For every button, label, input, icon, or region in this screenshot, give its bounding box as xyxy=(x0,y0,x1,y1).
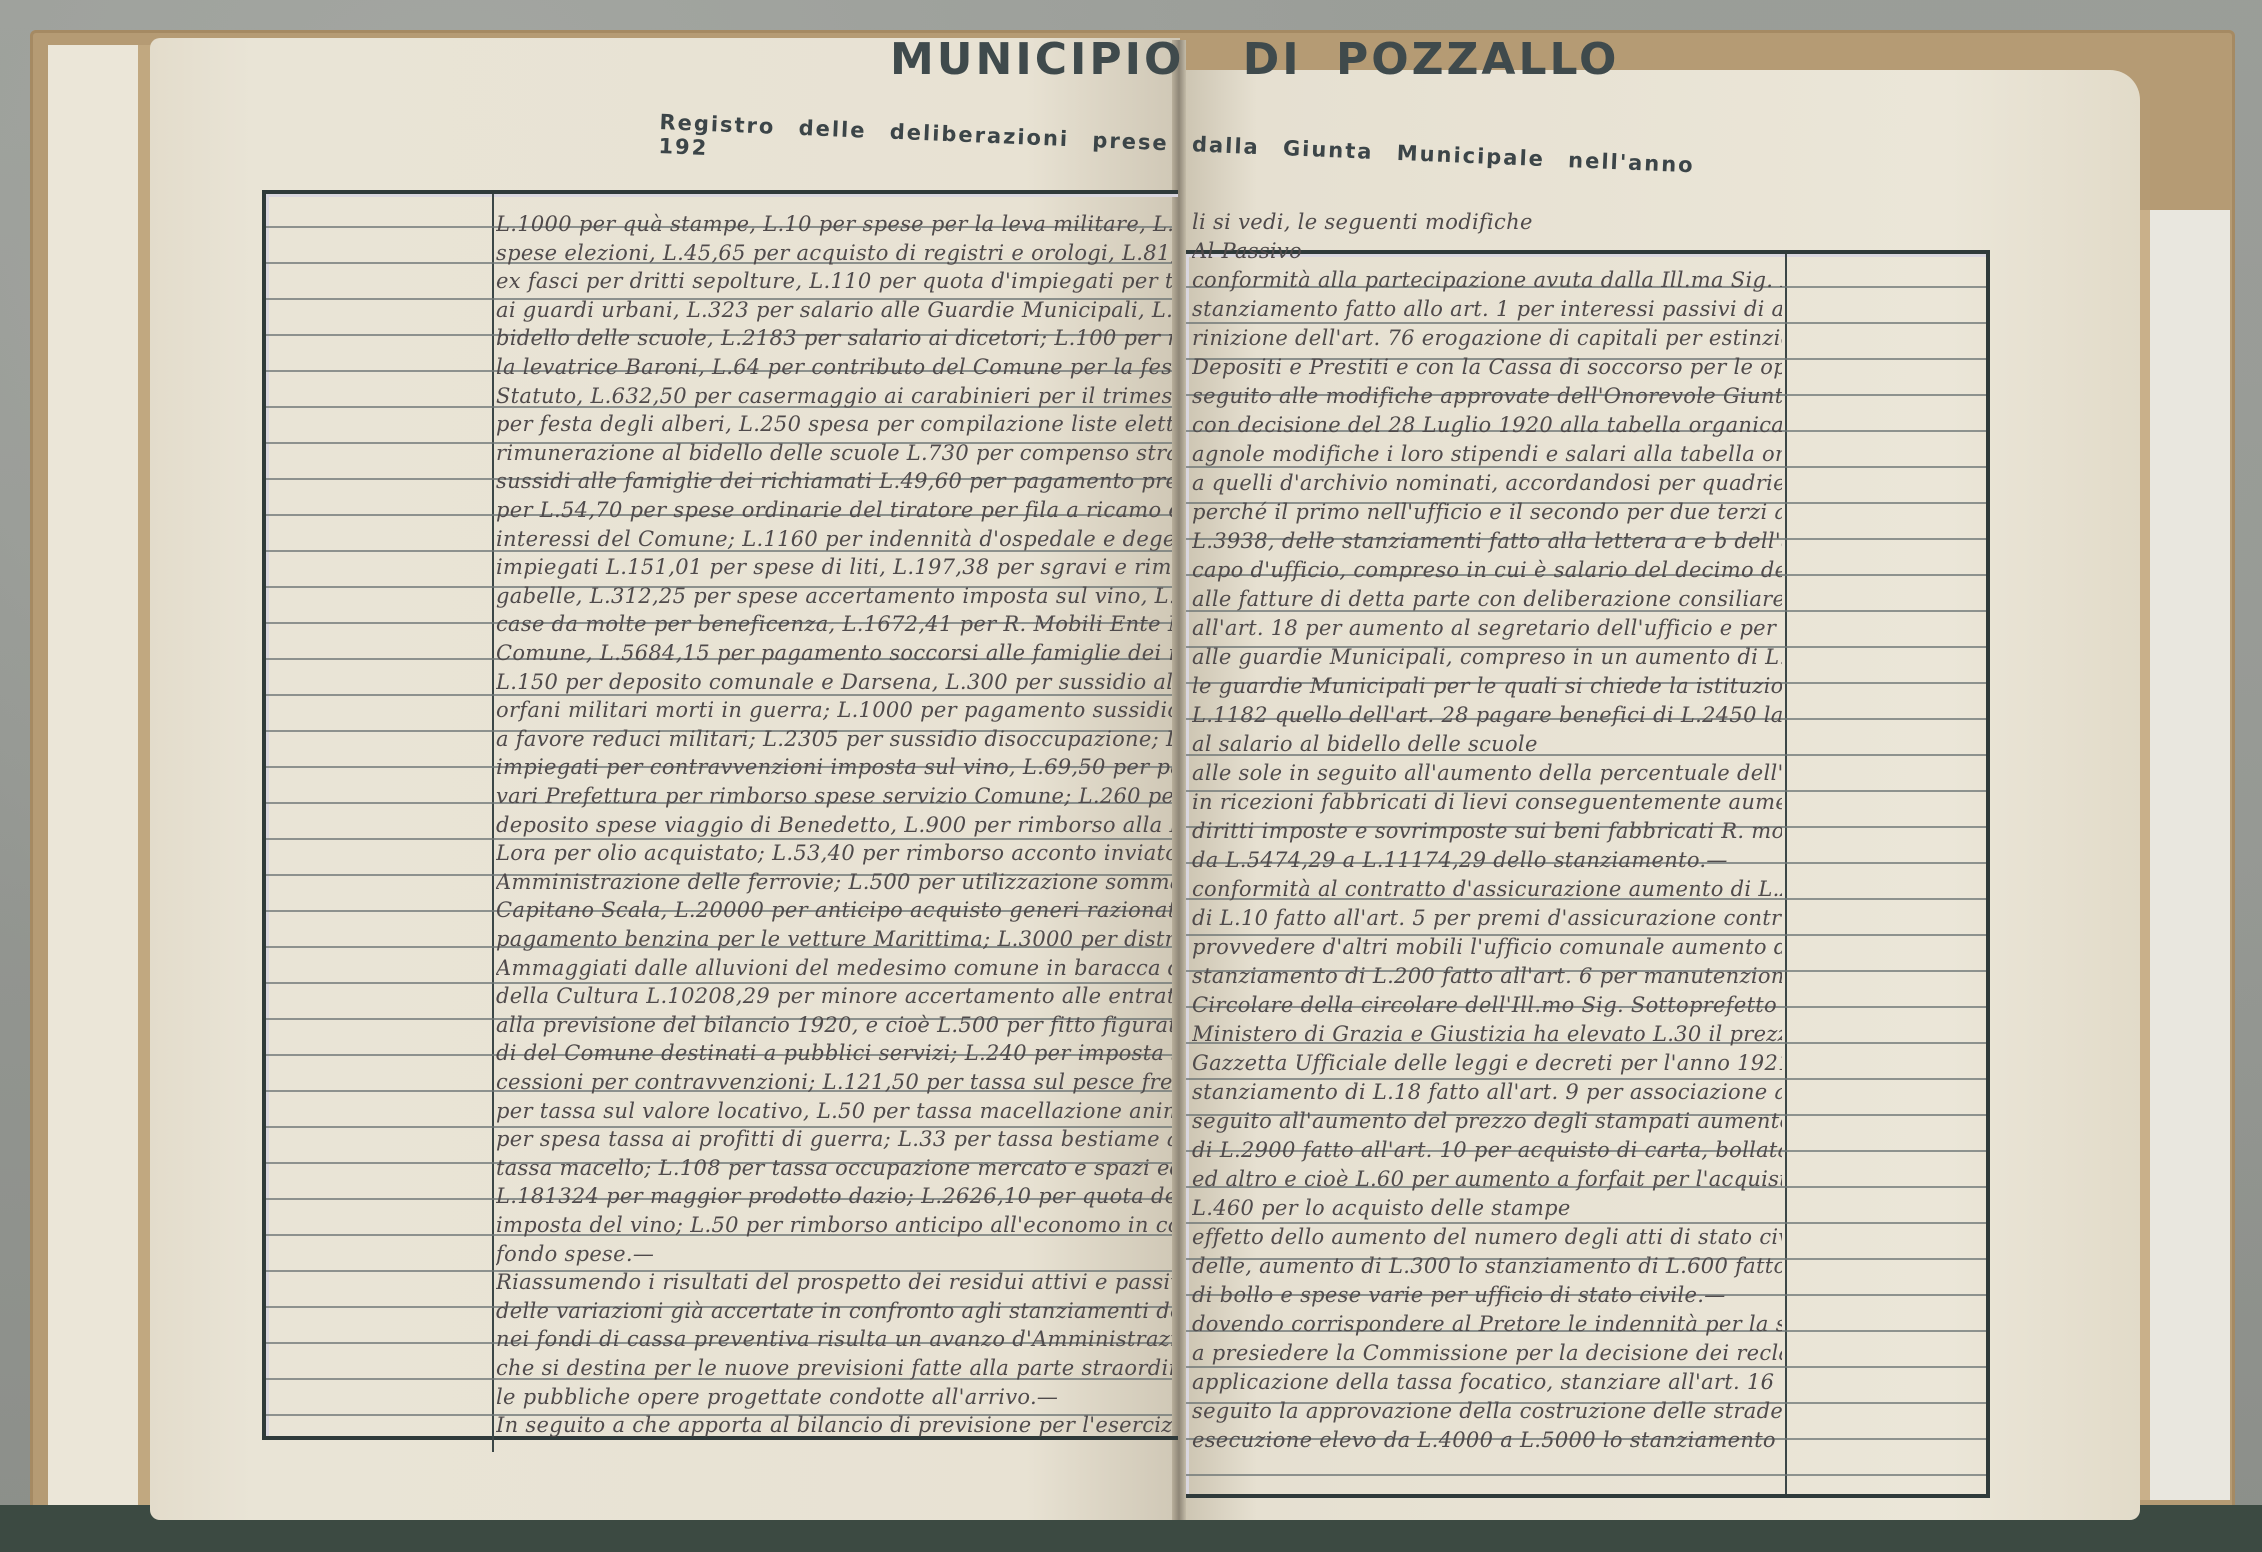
handwritten-line: L.181324 per maggior prodotto dazio; L.2… xyxy=(496,1184,1172,1208)
handwritten-line: stanziamento fatto allo art. 1 per inter… xyxy=(1192,297,1782,321)
handwritten-line: imposta del vino; L.50 per rimborso anti… xyxy=(496,1213,1172,1237)
handwritten-line: seguito alle modifiche approvate dell'On… xyxy=(1192,384,1782,408)
handwritten-line: la levatrice Baroni, L.64 per contributo… xyxy=(496,355,1172,379)
handwritten-line: delle, aumento di L.300 lo stanziamento … xyxy=(1192,1254,1782,1278)
handwritten-line: a quelli d'archivio nominati, accordando… xyxy=(1192,471,1782,495)
handwritten-line: diritti imposte e sovrimposte sui beni f… xyxy=(1192,819,1782,843)
handwritten-line: ai guardi urbani, L.323 per salario alle… xyxy=(496,298,1172,322)
handwritten-line: L.1000 per quà stampe, L.10 per spese pe… xyxy=(496,212,1172,236)
handwritten-line: spese elezioni, L.45,65 per acquisto di … xyxy=(496,241,1172,265)
handwritten-line: Ministero di Grazia e Giustizia ha eleva… xyxy=(1192,1022,1782,1046)
handwritten-line: applicazione della tassa focatico, stanz… xyxy=(1192,1370,1782,1394)
title-municipio: MUNICIPIO xyxy=(890,34,1184,85)
handwritten-line: case da molte per beneficenza, L.1672,41… xyxy=(496,612,1172,636)
handwritten-line: esecuzione elevo da L.4000 a L.5000 lo s… xyxy=(1192,1428,1782,1452)
handwritten-line: per festa degli alberi, L.250 spesa per … xyxy=(496,412,1172,436)
handwritten-line: Riassumendo i risultati del prospetto de… xyxy=(496,1270,1172,1294)
ruled-line xyxy=(1186,1222,1986,1224)
handwritten-line: di L.2900 fatto all'art. 10 per acquisto… xyxy=(1192,1138,1782,1162)
ruled-line xyxy=(266,694,1172,696)
handwritten-line: provvedere d'altri mobili l'ufficio comu… xyxy=(1192,935,1782,959)
handwritten-line: Amministrazione delle ferrovie; L.500 pe… xyxy=(496,870,1172,894)
handwritten-line: a favore reduci militari; L.2305 per sus… xyxy=(496,727,1172,751)
ruled-line xyxy=(1186,1366,1986,1368)
handwritten-line: In seguito a che apporta al bilancio di … xyxy=(496,1413,1172,1437)
handwritten-line: che si destina per le nuove previsioni f… xyxy=(496,1356,1172,1380)
handwritten-line: Capitano Scala, L.20000 per anticipo acq… xyxy=(496,898,1172,922)
handwritten-line: gabelle, L.312,25 per spese accertamento… xyxy=(496,584,1172,608)
handwritten-line: vari Prefettura per rimborso spese servi… xyxy=(496,784,1172,808)
handwritten-line: al salario al bidello delle scuole xyxy=(1192,732,1782,756)
handwritten-line: L.150 per deposito comunale e Darsena, L… xyxy=(496,670,1172,694)
page-title: MUNICIPIO DI POZZALLO xyxy=(890,34,1619,85)
handwritten-line: di bollo e spese varie per ufficio di st… xyxy=(1192,1283,1782,1307)
ruled-line xyxy=(266,838,1172,840)
handwritten-line: della Cultura L.10208,29 per minore acce… xyxy=(496,984,1172,1008)
handwritten-line: deposito spese viaggio di Benedetto, L.9… xyxy=(496,813,1172,837)
handwritten-line: alla previsione del bilancio 1920, e cio… xyxy=(496,1013,1172,1037)
handwritten-line: bidello delle scuole, L.2183 per salario… xyxy=(496,326,1172,350)
handwritten-line: perché il primo nell'ufficio e il second… xyxy=(1192,500,1782,524)
handwritten-line: Statuto, L.632,50 per casermaggio ai car… xyxy=(496,384,1172,408)
handwritten-line: Al Passivo xyxy=(1192,239,1782,263)
right-flyleaf xyxy=(2140,210,2230,1500)
handwritten-line: sussidi alle famiglie dei richiamati L.4… xyxy=(496,469,1172,493)
handwritten-line: per L.54,70 per spese ordinarie del tira… xyxy=(496,498,1172,522)
handwritten-line: conformità alla partecipazione avuta dal… xyxy=(1192,268,1782,292)
title-di: DI xyxy=(1243,34,1302,85)
handwritten-line: alle sole in seguito all'aumento della p… xyxy=(1192,761,1782,785)
handwritten-line: pagamento benzina per le vetture Maritti… xyxy=(496,927,1172,951)
handwritten-line: alle fatture di detta parte con delibera… xyxy=(1192,587,1782,611)
handwritten-line: Depositi e Prestiti e con la Cassa di so… xyxy=(1192,355,1782,379)
handwritten-line: all'art. 18 per aumento al segretario de… xyxy=(1192,616,1782,640)
handwritten-line: fondo spese.— xyxy=(496,1242,1172,1266)
handwritten-line: Comune, L.5684,15 per pagamento soccorsi… xyxy=(496,641,1172,665)
handwritten-line: Ammaggiati dalle alluvioni del medesimo … xyxy=(496,956,1172,980)
handwritten-line: effetto dello aumento del numero degli a… xyxy=(1192,1225,1782,1249)
handwritten-line: in ricezioni fabbricati di lievi consegu… xyxy=(1192,790,1782,814)
ruled-line xyxy=(1186,466,1986,468)
handwritten-line: seguito la approvazione della costruzion… xyxy=(1192,1399,1782,1423)
handwritten-line: a presiedere la Commissione per la decis… xyxy=(1192,1341,1782,1365)
handwritten-line: seguito all'aumento del prezzo degli sta… xyxy=(1192,1109,1782,1133)
handwritten-line: ex fasci per dritti sepolture, L.110 per… xyxy=(496,269,1172,293)
handwritten-line: li si vedi, le seguenti modifiche xyxy=(1192,210,1782,234)
ruled-line xyxy=(1186,322,1986,324)
handwritten-line: interessi del Comune; L.1160 per indenni… xyxy=(496,527,1172,551)
handwritten-line: agnole modifiche i loro stipendi e salar… xyxy=(1192,442,1782,466)
handwritten-line: L.460 per lo acquisto delle stampe xyxy=(1192,1196,1782,1220)
handwritten-line: tassa macello; L.108 per tassa occupazio… xyxy=(496,1156,1172,1180)
handwritten-line: le pubbliche opere progettate condotte a… xyxy=(496,1385,1172,1409)
handwritten-line: le guardie Municipali per le quali si ch… xyxy=(1192,674,1782,698)
title-pozzallo: POZZALLO xyxy=(1336,34,1619,85)
handwritten-line: capo d'ufficio, compreso in cui è salari… xyxy=(1192,558,1782,582)
handwritten-line: Gazzetta Ufficiale delle leggi e decreti… xyxy=(1192,1051,1782,1075)
handwritten-line: alle guardie Municipali, compreso in un … xyxy=(1192,645,1782,669)
handwritten-line: orfani militari morti in guerra; L.1000 … xyxy=(496,698,1172,722)
handwritten-line: conformità al contratto d'assicurazione … xyxy=(1192,877,1782,901)
left-flyleaf xyxy=(48,45,152,1505)
handwritten-line: L.1182 quello dell'art. 28 pagare benefi… xyxy=(1192,703,1782,727)
handwritten-line: stanziamento di L.200 fatto all'art. 6 p… xyxy=(1192,964,1782,988)
handwritten-line: di del Comune destinati a pubblici servi… xyxy=(496,1041,1172,1065)
ruled-line xyxy=(1186,1474,1986,1476)
handwritten-line: con decisione del 28 Luglio 1920 alla ta… xyxy=(1192,413,1782,437)
handwritten-line: ed altro e cioè L.60 per aumento a forfa… xyxy=(1192,1167,1782,1191)
handwritten-line: cessioni per contravvenzioni; L.121,50 p… xyxy=(496,1070,1172,1094)
handwritten-line: dovendo corrispondere al Pretore le inde… xyxy=(1192,1312,1782,1336)
handwritten-line: nei fondi di cassa preventiva risulta un… xyxy=(496,1327,1172,1351)
handwritten-line: impiegati L.151,01 per spese di liti, L.… xyxy=(496,555,1172,579)
handwritten-line: delle variazioni già accertate in confro… xyxy=(496,1299,1172,1323)
handwritten-line: di L.10 fatto all'art. 5 per premi d'ass… xyxy=(1192,906,1782,930)
handwritten-line: rimunerazione al bidello delle scuole L.… xyxy=(496,441,1172,465)
handwritten-line: impiegati per contravvenzioni imposta su… xyxy=(496,755,1172,779)
handwritten-line: Lora per olio acquistato; L.53,40 per ri… xyxy=(496,841,1172,865)
handwritten-line: rinizione dell'art. 76 erogazione di cap… xyxy=(1192,326,1782,350)
handwritten-line: Circolare della circolare dell'Ill.mo Si… xyxy=(1192,993,1782,1017)
handwritten-line: L.3938, delle stanziamenti fatto alla le… xyxy=(1192,529,1782,553)
handwritten-line: stanziamento di L.18 fatto all'art. 9 pe… xyxy=(1192,1080,1782,1104)
handwritten-line: da L.5474,29 a L.11174,29 dello stanziam… xyxy=(1192,848,1782,872)
handwritten-line: per tassa sul valore locativo, L.50 per … xyxy=(496,1099,1172,1123)
handwritten-line: per spesa tassa ai profitti di guerra; L… xyxy=(496,1127,1172,1151)
